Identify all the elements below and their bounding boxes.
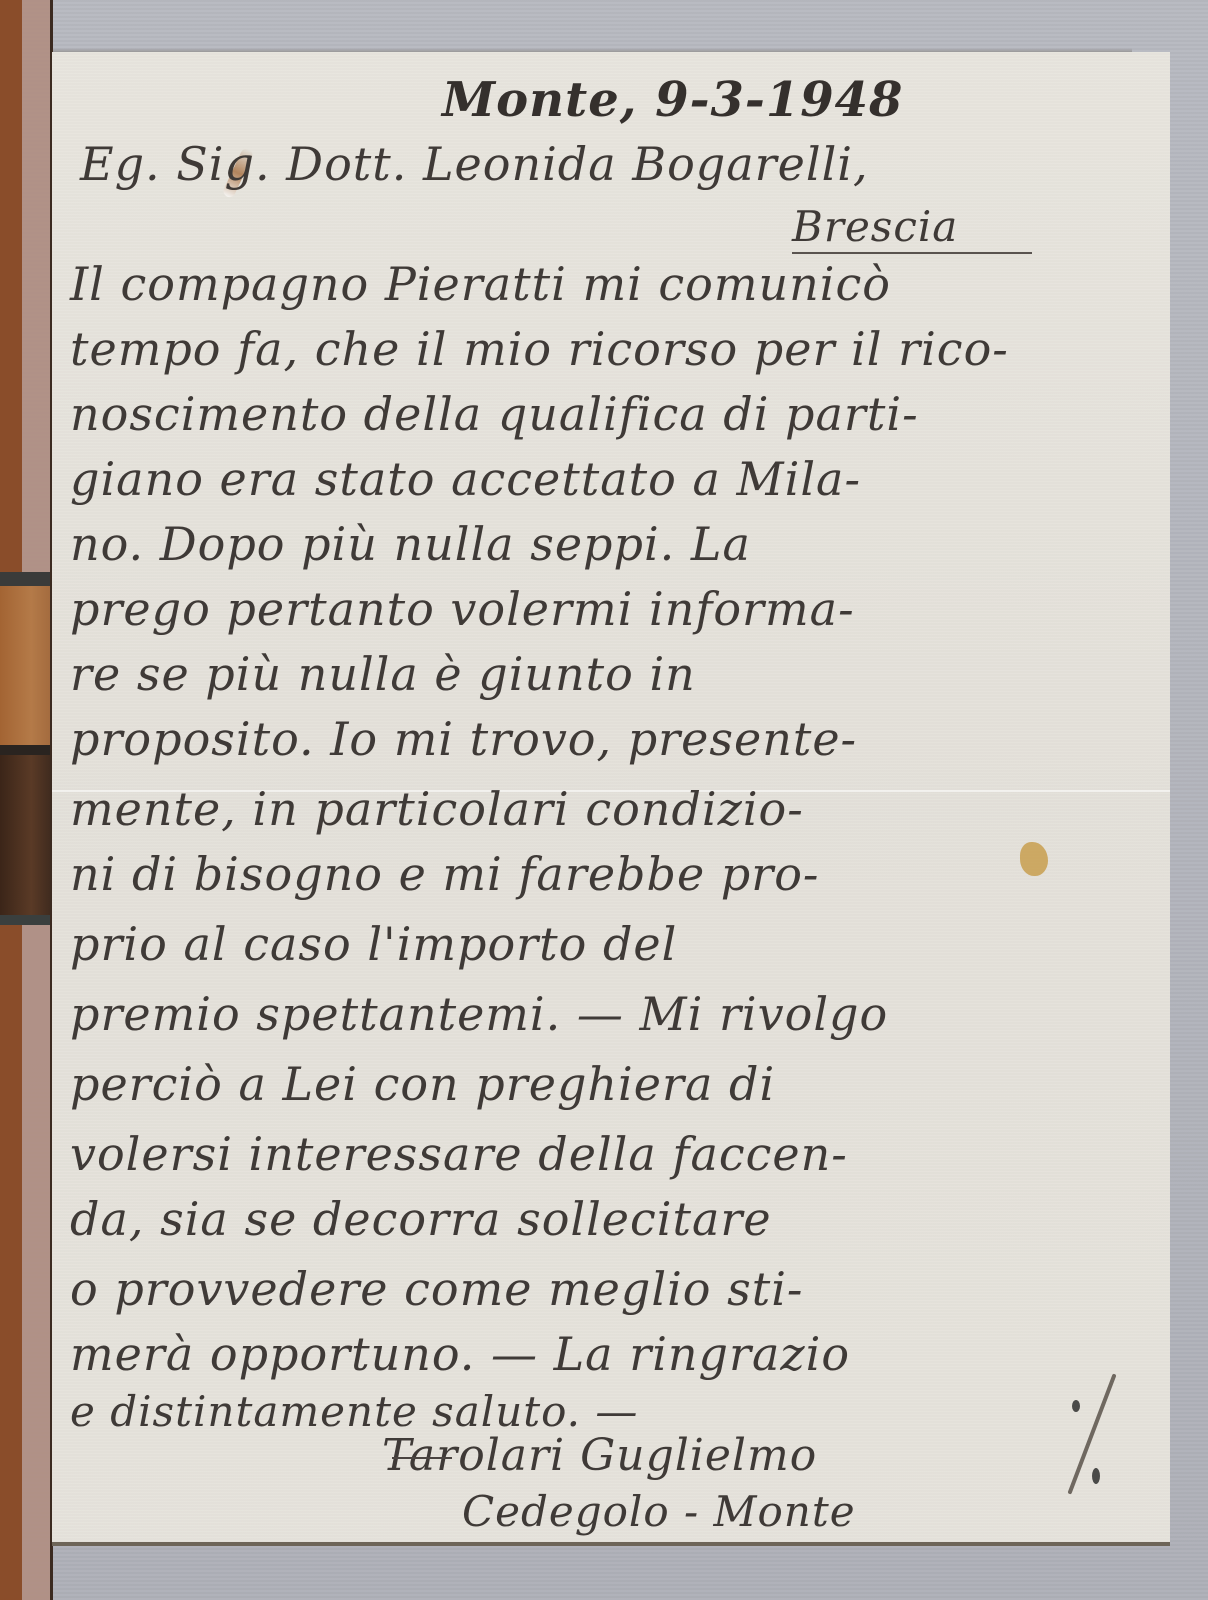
binding-gap [0,915,52,925]
binding-gap [0,745,52,755]
body-line: volersi interessare della faccen- [70,1127,848,1181]
recipient-city: Brescia [792,202,958,251]
signature-underline [392,1457,452,1459]
signature: Tarolari Guglielmo [382,1430,817,1481]
sender-place: Cedegolo - Monte [462,1487,856,1536]
letter-page: Monte, 9-3-1948 Eg. Sig. Dott. Leonida B… [52,52,1170,1546]
margin-mark-icon [1062,1372,1122,1502]
body-line: premio spettantemi. — Mi rivolgo [70,987,888,1041]
body-line: e distintamente saluto. — [70,1387,638,1436]
body-line: da, sia se decorra sollecitare [70,1192,772,1246]
body-line: Il compagno Pieratti mi comunicò [70,257,891,311]
body-line: perciò a Lei con preghiera di [70,1057,775,1111]
binding-segment [0,586,52,746]
body-line: tempo fa, che il mio ricorso per il rico… [70,322,1009,376]
body-line: no. Dopo più nulla seppi. La [70,517,751,571]
binding-segment [0,755,52,915]
body-line: o provvedere come meglio sti- [70,1262,803,1316]
city-underline [792,252,1032,254]
body-line: proposito. Io mi trovo, presente- [70,712,857,766]
body-line: giano era stato accettato a Mila- [70,452,861,506]
paper-stain [1020,842,1048,876]
body-line: re se più nulla è giunto in [70,647,696,701]
body-line: mente, in particolari condizio- [70,782,804,836]
body-line: noscimento della qualifica di parti- [70,387,919,441]
binding-gap [0,572,52,586]
letter-salutation: Eg. Sig. Dott. Leonida Bogarelli, [80,137,869,191]
body-line: prego pertanto volermi informa- [70,582,855,636]
body-line: ni di bisogno e mi farebbe pro- [70,847,819,901]
binding-strip [0,0,52,1600]
body-line: prio al caso l'importo del [70,917,677,971]
body-line: merà opportuno. — La ringrazio [70,1327,850,1381]
letter-date: Monte, 9-3-1948 [442,72,903,128]
